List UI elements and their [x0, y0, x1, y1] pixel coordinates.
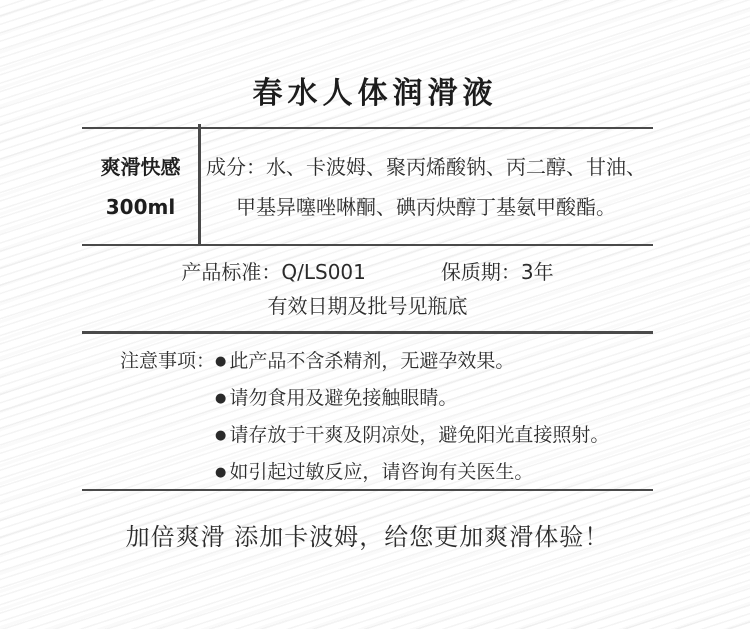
bullet-icon: ● — [215, 419, 226, 453]
spec-table: 爽滑快感 300ml 成分：水、卡波姆、聚丙烯酸钠、丙二醇、甘油、 甲基异噻唑啉… — [82, 127, 653, 246]
shelf-life-value: 3年 — [521, 260, 554, 284]
product-standard-value: Q/LS001 — [281, 260, 366, 284]
product-standard-label: 产品标准： — [181, 260, 281, 284]
product-title: 春水人体润滑液 — [0, 76, 750, 112]
product-label: 春水人体润滑液 爽滑快感 300ml 成分：水、卡波姆、聚丙烯酸钠、丙二醇、甘油… — [0, 0, 750, 629]
bullet-icon: ● — [215, 382, 226, 416]
shelf-life-label: 保质期： — [441, 260, 521, 284]
notice-text: 此产品不含杀精剂，无避孕效果。 — [229, 344, 514, 378]
shelf-life: 保质期：3年 — [441, 255, 554, 289]
standards-section: 产品标准：Q/LS001 保质期：3年 有效日期及批号见瓶底 — [82, 246, 653, 331]
volume-text: 300ml — [106, 187, 175, 227]
table-divider — [198, 124, 201, 244]
notice-item: ● 如引起过敏反应，请咨询有关医生。 — [215, 455, 609, 492]
feature-text: 爽滑快感 — [101, 147, 181, 187]
product-standard: 产品标准：Q/LS001 — [181, 255, 366, 289]
bullet-icon: ● — [215, 345, 226, 379]
bullet-icon: ● — [215, 456, 226, 490]
date-note: 有效日期及批号见瓶底 — [82, 289, 653, 323]
notice-item: ● 请存放于干爽及阴凉处，避免阳光直接照射。 — [215, 418, 609, 455]
notice-item: ● 此产品不含杀精剂，无避孕效果。 — [215, 344, 609, 381]
spec-cell-left: 爽滑快感 300ml — [82, 129, 199, 244]
notice-text: 如引起过敏反应，请咨询有关医生。 — [229, 455, 533, 489]
label-content: 爽滑快感 300ml 成分：水、卡波姆、聚丙烯酸钠、丙二醇、甘油、 甲基异噻唑啉… — [82, 127, 653, 552]
notice-section: 注意事项： ● 此产品不含杀精剂，无避孕效果。 ● 请勿食用及避免接触眼睛。 ●… — [82, 334, 653, 489]
standards-row: 产品标准：Q/LS001 保质期：3年 — [82, 255, 653, 289]
notice-item: ● 请勿食用及避免接触眼睛。 — [215, 381, 609, 418]
ingredients-line-1: 成分：水、卡波姆、聚丙烯酸钠、丙二醇、甘油、 — [199, 147, 653, 187]
notice-list: ● 此产品不含杀精剂，无避孕效果。 ● 请勿食用及避免接触眼睛。 ● 请存放于干… — [215, 344, 609, 492]
notice-text: 请存放于干爽及阴凉处，避免阳光直接照射。 — [229, 418, 609, 452]
notice-text: 请勿食用及避免接触眼睛。 — [229, 381, 457, 415]
notice-label: 注意事项： — [120, 344, 215, 378]
ingredients-line-2: 甲基异噻唑啉酮、碘丙炔醇丁基氨甲酸酯。 — [199, 187, 653, 227]
tagline: 加倍爽滑 添加卡波姆，给您更加爽滑体验！ — [82, 491, 653, 552]
spec-cell-ingredients: 成分：水、卡波姆、聚丙烯酸钠、丙二醇、甘油、 甲基异噻唑啉酮、碘丙炔醇丁基氨甲酸… — [199, 129, 653, 244]
